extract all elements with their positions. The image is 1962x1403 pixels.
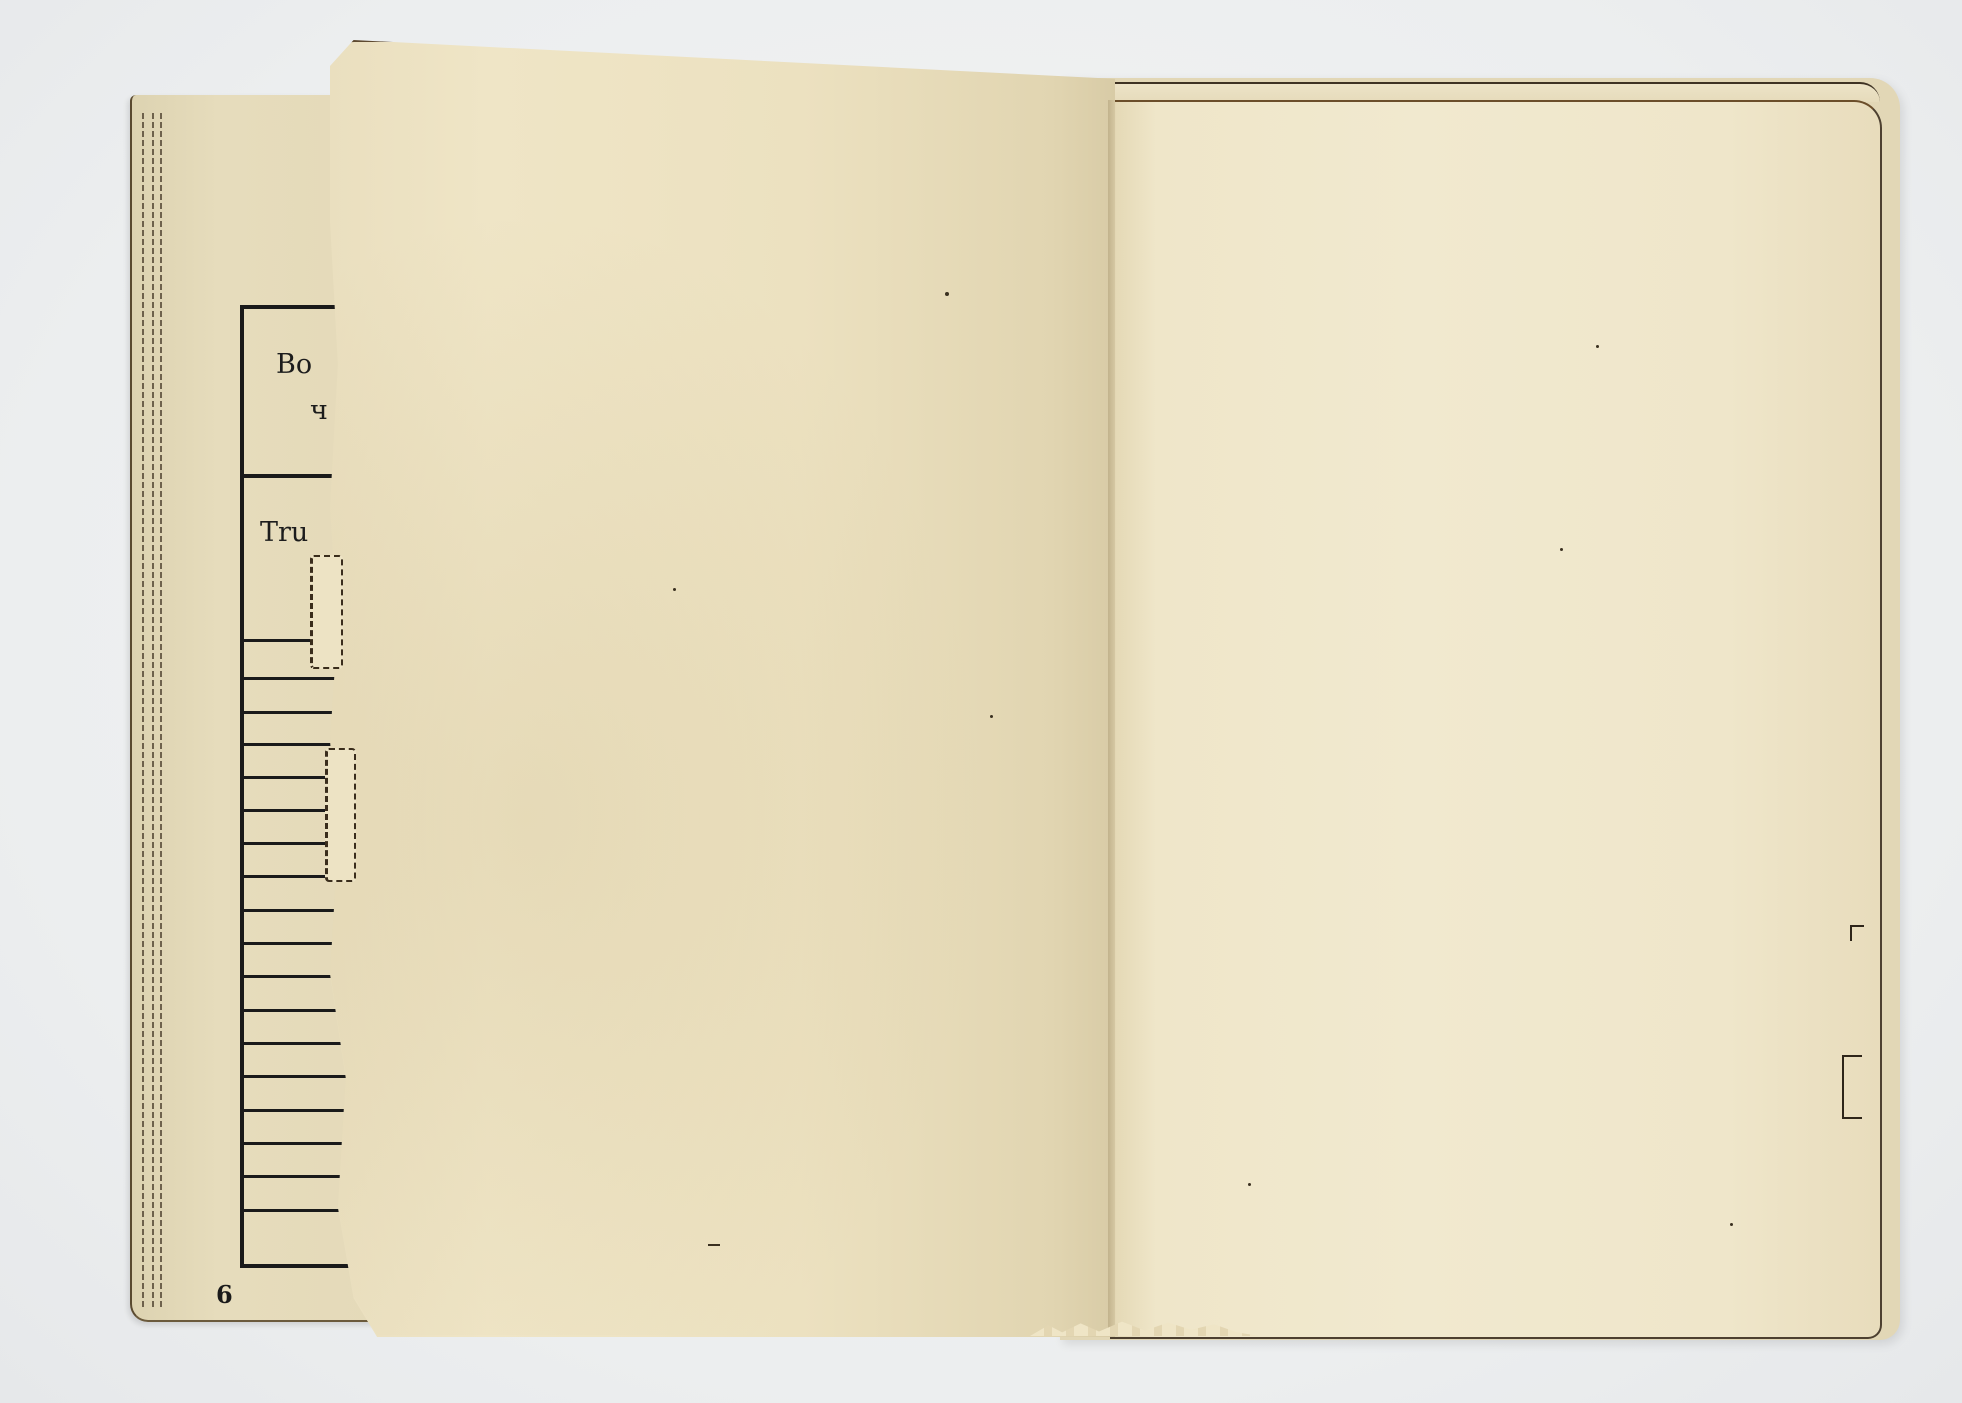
torn-edge-mark bbox=[1842, 1055, 1862, 1119]
paper-speck bbox=[1730, 1223, 1733, 1226]
page-stack-edge bbox=[160, 113, 162, 1310]
paper-speck bbox=[1596, 345, 1599, 348]
page-top-edge bbox=[1060, 82, 1880, 102]
paper-speck bbox=[945, 292, 949, 296]
left-blank-page bbox=[330, 40, 1115, 1337]
right-blank-page bbox=[1110, 100, 1882, 1339]
torn-flap bbox=[325, 748, 356, 882]
page-number: 6 bbox=[216, 1280, 233, 1309]
paper-speck bbox=[673, 588, 676, 591]
book-spine bbox=[1108, 100, 1116, 1335]
paper-speck bbox=[1248, 1183, 1251, 1186]
page-stack-edge bbox=[152, 113, 154, 1310]
form-header-text-line2: ч bbox=[310, 395, 328, 426]
paper-speck bbox=[1560, 548, 1563, 551]
form-header-text: Во bbox=[276, 349, 312, 380]
torn-flap bbox=[310, 555, 343, 669]
photo-scene: Во ч Tru 6 bbox=[0, 0, 1962, 1403]
page-stack-edge bbox=[142, 113, 144, 1310]
form-label: Tru bbox=[260, 517, 308, 548]
torn-edge-mark bbox=[1850, 925, 1864, 941]
paper-speck bbox=[990, 715, 993, 718]
paper-speck bbox=[708, 1244, 720, 1246]
